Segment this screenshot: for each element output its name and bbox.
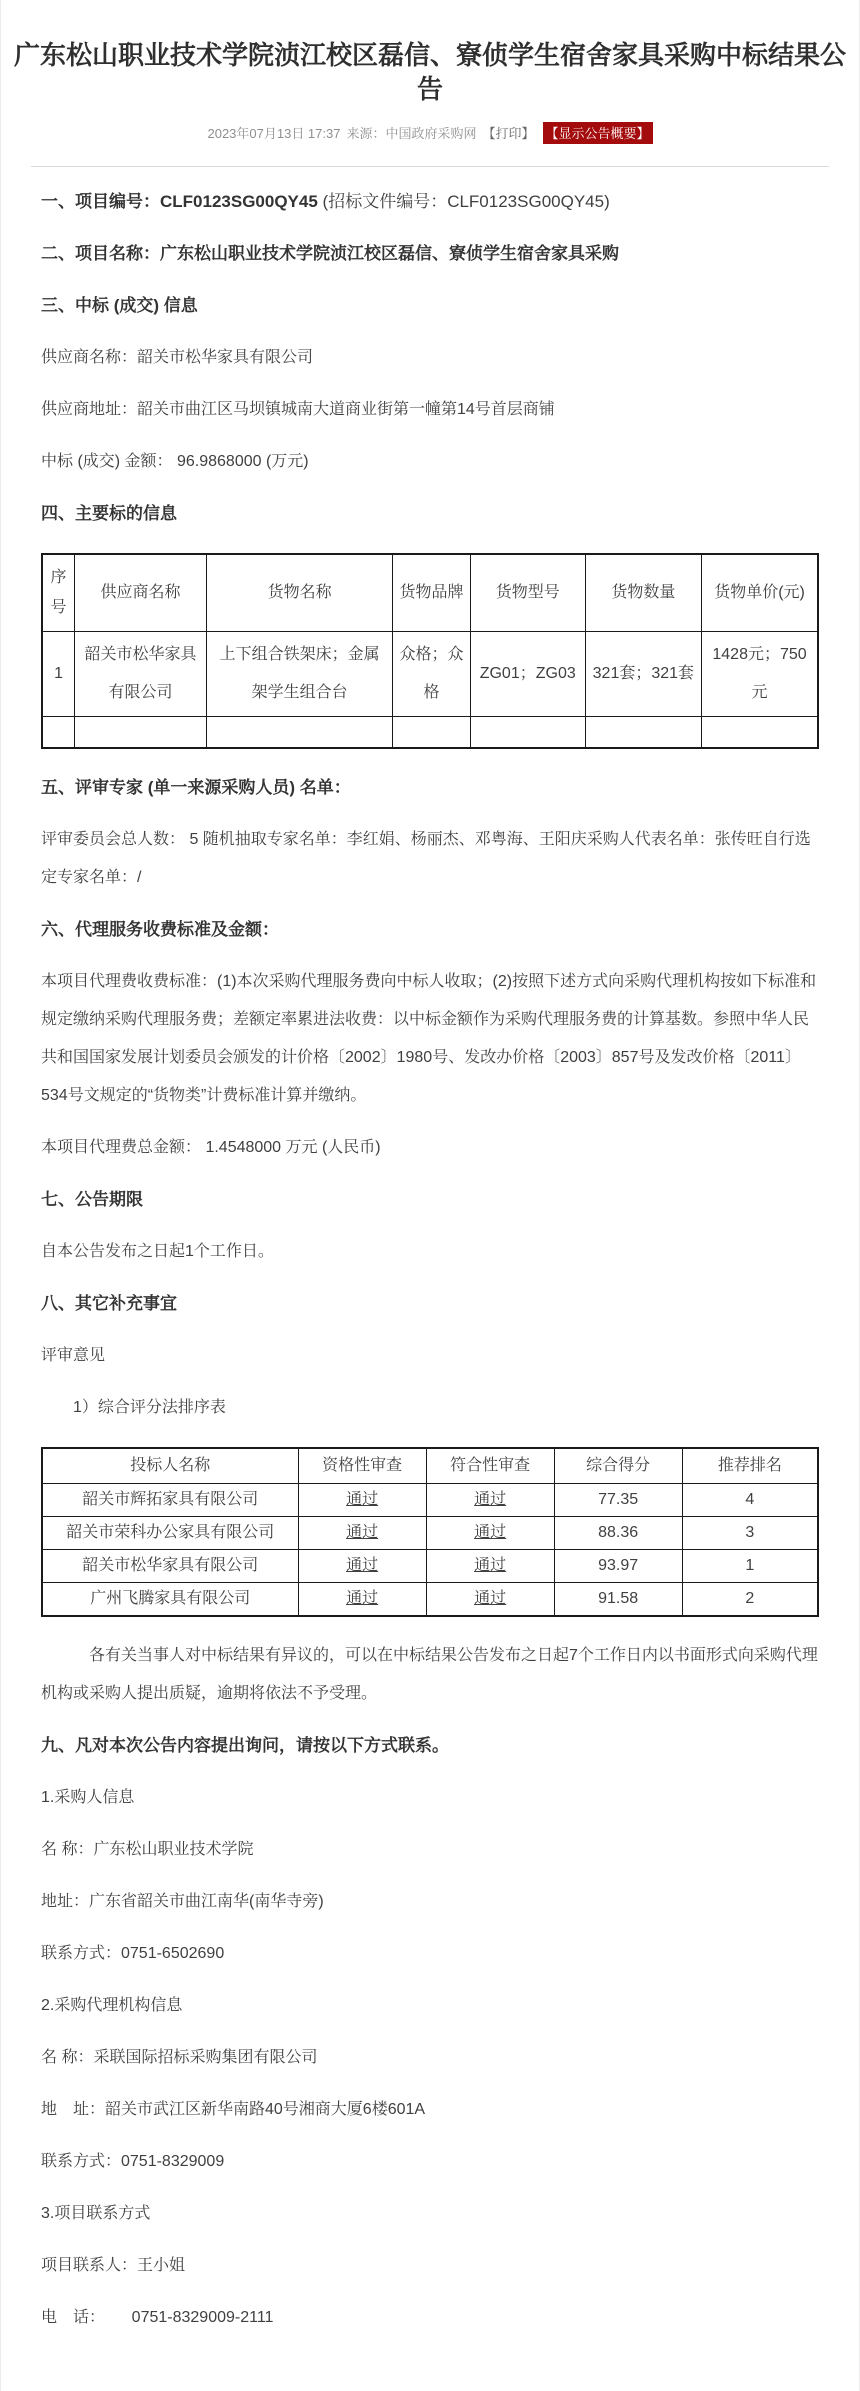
col-goods-price: 货物单价(元) bbox=[702, 554, 818, 632]
project-contact-line: 项目联系人：王小姐 bbox=[41, 2247, 819, 2285]
cell-empty bbox=[206, 717, 392, 749]
purchaser-name-line: 名 称：广东松山职业技术学院 bbox=[41, 1831, 819, 1869]
cell-bidder-name: 韶关市辉拓家具有限公司 bbox=[42, 1484, 298, 1517]
main-subject-row: 1 韶关市松华家具有限公司 上下组合铁架床；金属架学生组合台 众格；众格 ZG0… bbox=[42, 632, 818, 717]
section-4-heading: 四、主要标的信息 bbox=[41, 495, 819, 533]
purchaser-contact-line: 联系方式：0751-6502690 bbox=[41, 1935, 819, 1973]
divider bbox=[31, 166, 829, 167]
agency-fee-total: 本项目代理费总金额： 1.4548000 万元 (人民币) bbox=[41, 1129, 819, 1167]
cell-qualification: 通过 bbox=[298, 1583, 426, 1617]
cell-empty bbox=[585, 717, 701, 749]
score-ranking-label: 1）综合评分法排序表 bbox=[41, 1389, 819, 1427]
cell-goods-brand: 众格；众格 bbox=[393, 632, 471, 717]
col-goods-model: 货物型号 bbox=[470, 554, 585, 632]
publish-datetime: 2023年07月13日 17:37 bbox=[207, 126, 340, 141]
announcement-page: 广东松山职业技术学院浈江校区磊信、寮侦学生宿舍家具采购中标结果公告 2023年0… bbox=[0, 0, 860, 2391]
cell-conformity: 通过 bbox=[426, 1517, 554, 1550]
source-label: 来源：中国政府采购网 bbox=[346, 126, 476, 141]
cell-rank: 4 bbox=[682, 1484, 818, 1517]
cell-goods-price: 1428元；750元 bbox=[702, 632, 818, 717]
col-supplier: 供应商名称 bbox=[75, 554, 207, 632]
cell-rank: 1 bbox=[682, 1550, 818, 1583]
agency-info-label: 2.采购代理机构信息 bbox=[41, 1987, 819, 2025]
col-composite-score: 综合得分 bbox=[554, 1448, 682, 1484]
page-title: 广东松山职业技术学院浈江校区磊信、寮侦学生宿舍家具采购中标结果公告 bbox=[3, 38, 857, 106]
cell-score: 88.36 bbox=[554, 1517, 682, 1550]
agency-address-line: 地 址：韶关市武江区新华南路40号湘商大厦6楼601A bbox=[41, 2091, 819, 2129]
cell-conformity: 通过 bbox=[426, 1583, 554, 1617]
agency-fee-standard: 本项目代理费收费标准：(1)本次采购代理服务费向中标人收取；(2)按照下述方式向… bbox=[41, 963, 819, 1115]
objection-notice: 各有关当事人对中标结果有异议的，可以在中标结果公告发布之日起7个工作日内以书面形… bbox=[41, 1637, 819, 1713]
ranking-row: 广州飞腾家具有限公司 通过 通过 91.58 2 bbox=[42, 1583, 818, 1617]
main-subject-empty-row bbox=[42, 717, 818, 749]
cell-seq: 1 bbox=[42, 632, 75, 717]
section-3-heading: 三、中标 (成交) 信息 bbox=[41, 287, 819, 325]
cell-goods-name: 上下组合铁架床；金属架学生组合台 bbox=[206, 632, 392, 717]
review-opinion-label: 评审意见 bbox=[41, 1337, 819, 1375]
cell-conformity: 通过 bbox=[426, 1484, 554, 1517]
print-link[interactable]: 【打印】 bbox=[482, 126, 534, 141]
score-ranking-table: 投标人名称 资格性审查 符合性审查 综合得分 推荐排名 韶关市辉拓家具有限公司 … bbox=[41, 1447, 819, 1617]
section-2-heading: 二、项目名称：广东松山职业技术学院浈江校区磊信、寮侦学生宿舍家具采购 bbox=[41, 235, 819, 273]
cell-supplier: 韶关市松华家具有限公司 bbox=[75, 632, 207, 717]
project-phone-line: 电 话： 0751-8329009-2111 bbox=[41, 2299, 819, 2337]
col-qualification-review: 资格性审查 bbox=[298, 1448, 426, 1484]
project-contact-label: 3.项目联系方式 bbox=[41, 2195, 819, 2233]
col-recommended-rank: 推荐排名 bbox=[682, 1448, 818, 1484]
agency-name-line: 名 称：采联国际招标采购集团有限公司 bbox=[41, 2039, 819, 2077]
cell-rank: 2 bbox=[682, 1583, 818, 1617]
section-1-heading: 一、项目编号：CLF0123SG00QY45 (招标文件编号：CLF0123SG… bbox=[41, 183, 819, 221]
col-goods-name: 货物名称 bbox=[206, 554, 392, 632]
section-8-heading: 八、其它补充事宜 bbox=[41, 1285, 819, 1323]
col-conformity-review: 符合性审查 bbox=[426, 1448, 554, 1484]
cell-bidder-name: 韶关市荣科办公家具有限公司 bbox=[42, 1517, 298, 1550]
col-seq: 序号 bbox=[42, 554, 75, 632]
cell-qualification: 通过 bbox=[298, 1550, 426, 1583]
col-bidder-name: 投标人名称 bbox=[42, 1448, 298, 1484]
ranking-row: 韶关市辉拓家具有限公司 通过 通过 77.35 4 bbox=[42, 1484, 818, 1517]
cell-empty bbox=[42, 717, 75, 749]
cell-qualification: 通过 bbox=[298, 1517, 426, 1550]
col-goods-qty: 货物数量 bbox=[585, 554, 701, 632]
award-amount-line: 中标 (成交) 金额： 96.9868000 (万元) bbox=[41, 443, 819, 481]
section-5-heading: 五、评审专家 (单一来源采购人员) 名单： bbox=[41, 769, 819, 807]
cell-goods-qty: 321套；321套 bbox=[585, 632, 701, 717]
cell-score: 93.97 bbox=[554, 1550, 682, 1583]
main-subject-header-row: 序号 供应商名称 货物名称 货物品牌 货物型号 货物数量 货物单价(元) bbox=[42, 554, 818, 632]
cell-goods-model: ZG01；ZG03 bbox=[470, 632, 585, 717]
announcement-period-line: 自本公告发布之日起1个工作日。 bbox=[41, 1233, 819, 1271]
purchaser-info-label: 1.采购人信息 bbox=[41, 1779, 819, 1817]
cell-conformity: 通过 bbox=[426, 1550, 554, 1583]
section-9-heading: 九、凡对本次公告内容提出询问，请按以下方式联系。 bbox=[41, 1727, 819, 1765]
cell-empty bbox=[393, 717, 471, 749]
ranking-row: 韶关市松华家具有限公司 通过 通过 93.97 1 bbox=[42, 1550, 818, 1583]
section-7-heading: 七、公告期限 bbox=[41, 1181, 819, 1219]
review-committee-line: 评审委员会总人数： 5 随机抽取专家名单：李红娟、杨丽杰、邓粤海、王阳庆采购人代… bbox=[41, 821, 819, 897]
main-subject-table: 序号 供应商名称 货物名称 货物品牌 货物型号 货物数量 货物单价(元) 1 韶… bbox=[41, 553, 819, 749]
cell-rank: 3 bbox=[682, 1517, 818, 1550]
cell-empty bbox=[75, 717, 207, 749]
purchaser-address-line: 地址：广东省韶关市曲江南华(南华寺旁) bbox=[41, 1883, 819, 1921]
cell-bidder-name: 广州飞腾家具有限公司 bbox=[42, 1583, 298, 1617]
show-summary-badge[interactable]: 【显示公告概要】 bbox=[543, 122, 653, 144]
section-6-heading: 六、代理服务收费标准及金额： bbox=[41, 911, 819, 949]
agency-contact-line: 联系方式：0751-8329009 bbox=[41, 2143, 819, 2181]
ranking-row: 韶关市荣科办公家具有限公司 通过 通过 88.36 3 bbox=[42, 1517, 818, 1550]
project-number: 一、项目编号：CLF0123SG00QY45 bbox=[41, 192, 318, 211]
bid-doc-number: (招标文件编号：CLF0123SG00QY45) bbox=[318, 192, 610, 211]
supplier-address-line: 供应商地址：韶关市曲江区马坝镇城南大道商业街第一幢第14号首层商铺 bbox=[41, 391, 819, 429]
cell-score: 91.58 bbox=[554, 1583, 682, 1617]
cell-empty bbox=[470, 717, 585, 749]
col-goods-brand: 货物品牌 bbox=[393, 554, 471, 632]
ranking-header-row: 投标人名称 资格性审查 符合性审查 综合得分 推荐排名 bbox=[42, 1448, 818, 1484]
cell-score: 77.35 bbox=[554, 1484, 682, 1517]
cell-qualification: 通过 bbox=[298, 1484, 426, 1517]
cell-empty bbox=[702, 717, 818, 749]
cell-bidder-name: 韶关市松华家具有限公司 bbox=[42, 1550, 298, 1583]
meta-bar: 2023年07月13日 17:37来源：中国政府采购网【打印】【显示公告概要】 bbox=[41, 122, 819, 144]
supplier-name-line: 供应商名称：韶关市松华家具有限公司 bbox=[41, 339, 819, 377]
